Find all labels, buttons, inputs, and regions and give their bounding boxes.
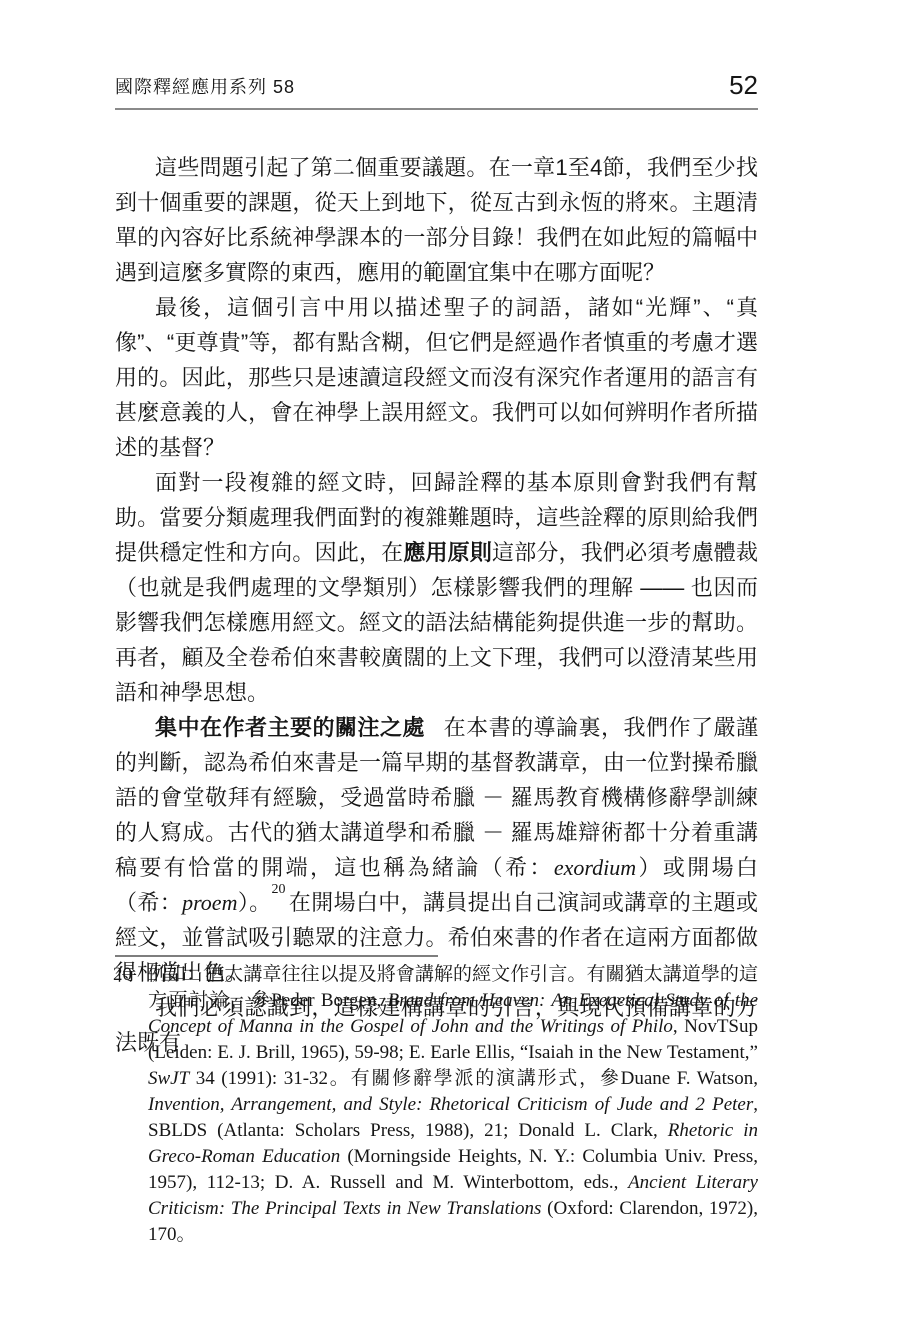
header-rule <box>115 108 758 110</box>
book-title-italic: Invention, Arrangement, and Style: Rheto… <box>148 1094 753 1115</box>
page-header: 國際釋經應用系列 58 52 <box>115 72 758 98</box>
section-lead-heading: 集中在作者主要的關注之處 <box>155 715 425 740</box>
footnote-separator <box>115 955 438 957</box>
paragraph-text: ）。 <box>237 890 271 915</box>
body-text: 這些問題引起了第二個重要議題。在一章1至4節，我們至少找到十個重要的課題，從天上… <box>115 150 758 1060</box>
footnote-segment: 34 (1991): 31-32。有關修辭學派的演講形式，參Duane F. W… <box>189 1068 758 1089</box>
latin-term-exordium: exordium <box>554 855 636 880</box>
bold-phrase-application-principles: 應用原則 <box>403 540 492 565</box>
journal-title-italic: SwJT <box>148 1068 189 1089</box>
book-page: 國際釋經應用系列 58 52 這些問題引起了第二個重要議題。在一章1至4節，我們… <box>0 0 900 1324</box>
latin-term-proem: proem <box>182 890 237 915</box>
footnote-reference-20: 20 <box>272 882 286 897</box>
page-number: 52 <box>729 72 758 98</box>
paragraph-text: 最後，這個引言中用以描述聖子的詞語，諸如“光輝”、“真像”、“更尊貴”等，都有點… <box>115 295 758 460</box>
paragraph-2: 最後，這個引言中用以描述聖子的詞語，諸如“光輝”、“真像”、“更尊貴”等，都有點… <box>115 290 758 465</box>
paragraph-3: 面對一段複雜的經文時，回歸詮釋的基本原則會對我們有幫助。當要分類處理我們面對的複… <box>115 465 758 710</box>
series-title: 國際釋經應用系列 58 <box>115 78 295 98</box>
footnote-20: 20 例如：猶太講章往往以提及將會講解的經文作引言。有關猶太講道學的這方面討論，… <box>115 962 758 1248</box>
paragraph-text: 這些問題引起了第二個重要議題。在一章1至4節，我們至少找到十個重要的課題，從天上… <box>115 155 758 285</box>
paragraph-1: 這些問題引起了第二個重要議題。在一章1至4節，我們至少找到十個重要的課題，從天上… <box>115 150 758 290</box>
paragraph-4: 集中在作者主要的關注之處在本書的導論裏，我們作了嚴謹的判斷，認為希伯來書是一篇早… <box>115 710 758 990</box>
footnote-text: 例如：猶太講章往往以提及將會講解的經文作引言。有關猶太講道學的這方面討論，參Pe… <box>148 962 758 1248</box>
footnote-number: 20 <box>113 962 132 988</box>
